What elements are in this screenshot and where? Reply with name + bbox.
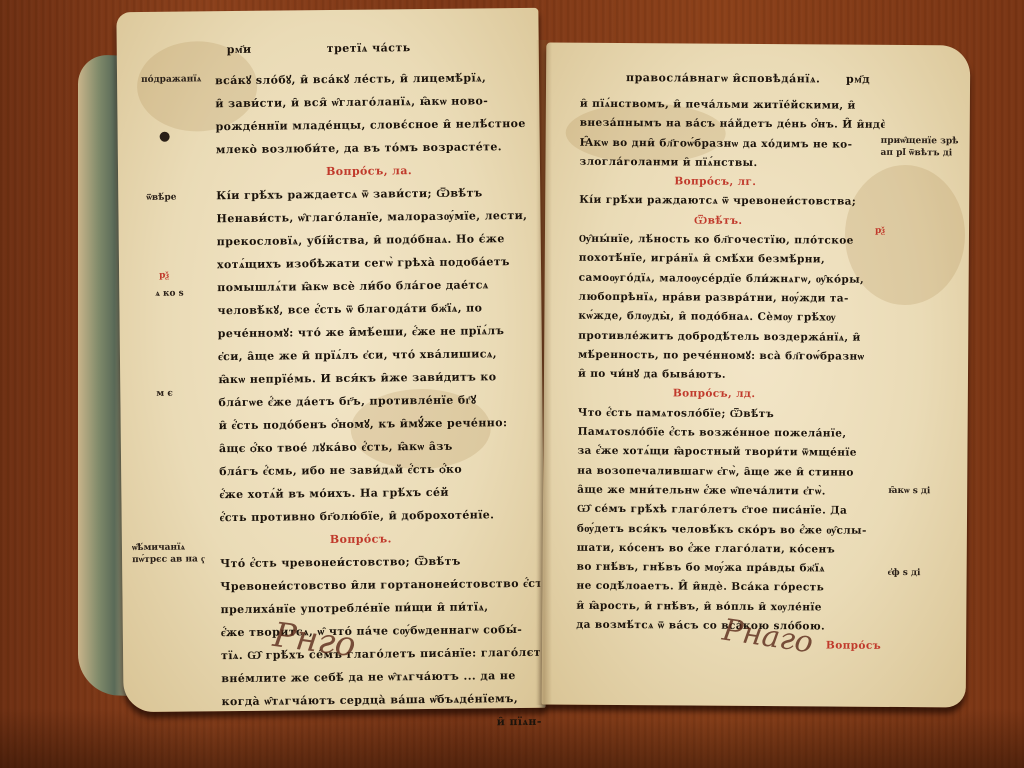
text-line: ꙗ̑кѡ непрїе́мь. И вся́къ и̑же зави́дитъ … xyxy=(218,365,538,391)
text-line: є҆си, а̑ще же и̑ прїѧ́лъ є҆си, что́ хва́… xyxy=(218,342,538,368)
section-heading-question: Вопро́съ, лг. xyxy=(579,172,884,193)
margin-note: ѡ̑ҍ́мичанїѧ пѡ́трєс ав на ҁ xyxy=(132,541,212,566)
text-line: Памѧтоѕло́бїе є҆́сть возже́нное пожела́н… xyxy=(578,423,883,444)
margin-note: приѡ̑щенїе зрѣ ап рӏ ѿвѣтъ ді xyxy=(881,135,961,160)
text-line: є҆́же творитсѧ, ѡ̑ что́ па́че сѹ́бѡденна… xyxy=(221,618,541,644)
text-line: Ненави́сть, ѡ̑глаго́ланїе, малоразѹ́мїе,… xyxy=(216,204,536,230)
margin-note: ꙗ̑кѡ ѕ ді xyxy=(888,485,930,497)
text-line: а̑щє ѻ҆́ко твое́ лꙋка́во є҆́сть, ꙗ̑кѡ а̑… xyxy=(219,434,539,460)
margin-note-red: рѯ xyxy=(159,270,169,282)
text-line: Кі́и грѣ́хъ раждаетсѧ ѿ зави́сти; Ѿвѣ́тъ xyxy=(216,181,536,207)
text-line: Чревонеи́стовство и̑ли гортанонеи́стовст… xyxy=(220,572,540,598)
margin-note: є҆ф ѕ ді xyxy=(888,567,921,579)
text-line: прелиха́нїе употребле́нїе пи́щи и̑ пи́тї… xyxy=(220,595,540,621)
margin-note: ѿвѣ́ре xyxy=(146,191,206,204)
text-line: млеко̀ возлюби́те, да въ то́мъ возрасте́… xyxy=(216,135,536,161)
text-line: бла́гѡе є҆́же да́етъ бг҃ъ, противле́нїе … xyxy=(218,388,538,414)
text-line: Ꙗ̑кѡ во дни̑ бл҃гоѡ́бразнѡ да хо́димъ не… xyxy=(580,133,885,154)
margin-note: по́дражанїѧ xyxy=(141,73,211,86)
margin-note: ѧ ко ѕ xyxy=(155,288,183,300)
left-folio-number: рм҃и xyxy=(227,43,252,56)
left-page: рм҃и третїѧ ча́сть по́дражанїѧ ѿвѣ́ре рѯ… xyxy=(116,8,545,712)
text-line: кѡ́жде, блѹды̀, и̑ подо́бнаѧ. Сѐмѹ грѣ́х… xyxy=(578,307,883,328)
left-page-text: вса́кꙋ ѕло́бꙋ, и̑ вса́кꙋ ле́сть, и̑ лице… xyxy=(215,66,542,736)
text-line: и̑ зави́сти, и̑ вся̑ ѡ̑глаго́ланїѧ, ꙗ̑кѡ… xyxy=(215,89,535,115)
text-line: похотѣ́нїе, игра́нїѧ и̑ смѣ́хи безмѣ́рни… xyxy=(579,249,884,270)
text-line: мѣ́ренность, по рече́нномꙋ: вса̀ бл҃гоѡ́… xyxy=(578,346,883,367)
text-line: є҆́сть противно бг҃олю́бїе, и̑ доброхоте… xyxy=(220,503,540,529)
text-line: и̑ пїѧн- xyxy=(222,710,542,736)
text-line: и̑ пїѧ́нствомъ, и̑ печа́льми житїе́йским… xyxy=(580,95,885,116)
text-line: Ѹ̑ны́нїе, лѣ́ность ко бл҃гочестїю, пло́т… xyxy=(579,230,884,251)
text-line: противле́житъ добродѣ́тель воздержа́нїѧ,… xyxy=(578,326,883,347)
text-line: бла́гъ є҆́смь, ибо не зави́дѧй є҆́сть ѻ҆… xyxy=(219,457,539,483)
right-folio-number: рм҃д xyxy=(846,73,870,86)
text-line: за є҆́же хотѧ́щи ꙗ̑ростный твори́ти ѿмще… xyxy=(577,442,882,463)
text-line: тїѧ. Ѡ̑ грѣ́хъ се́мъ глаго́летъ писа́нїе… xyxy=(221,641,541,667)
left-running-head: третїѧ ча́сть xyxy=(327,41,411,55)
text-line: вне́млите же себѣ́ да не ѡ̑тѧгча́ютъ ...… xyxy=(221,664,541,690)
book-gutter xyxy=(536,40,552,705)
text-line: не содѣ́лоаетъ. И̑ и̑ндѐ. Вса́ка го́рест… xyxy=(576,577,881,598)
text-line: любопрѣнїѧ, нра́ви развра́тни, нѹ́жди та… xyxy=(578,288,883,309)
text-line: Что́ є҆́сть чревонеи́стовство; Ѿвѣ́тъ xyxy=(220,549,540,575)
text-line: є҆́же хотѧ́й въ мо́ихъ. На грѣ́хъ се́й xyxy=(219,480,539,506)
text-line: а̑ще же мни́тельнѡ є҆́же ѡ̑печа́лити є҆г… xyxy=(577,481,882,502)
right-page: правосла́внагѡ и̑сповѣда́нїѧ. рм҃д приѡ̑… xyxy=(542,43,971,708)
right-running-head: правосла́внагѡ и̑сповѣда́нїѧ. xyxy=(626,71,820,85)
text-line: когда̀ ѡ̑тѧгча́ютъ сердца̀ ва́ша ѡ̑бъѧде… xyxy=(221,687,541,713)
section-heading-question: Вопро́съ, ла. xyxy=(216,158,536,184)
text-line: внеза́пнымъ на ва́съ на́йдетъ де́нь ѻ҆́н… xyxy=(580,114,885,135)
text-line: Кі́и грѣ́хи раждаютсѧ ѿ чревонеи́стовств… xyxy=(579,191,884,212)
section-heading-question: Вопро́съ. xyxy=(220,526,540,552)
text-line: и̑ по чи́нꙋ да быва́ютъ. xyxy=(578,365,883,386)
text-line: рече́нномꙋ: что́ же и̑мѣ́еши, є҆́же не п… xyxy=(218,319,538,345)
margin-note: м є xyxy=(156,388,173,400)
text-line: помышлѧ́ти ꙗ̑кѡ всѐ ли́бо бла́гое дае́тс… xyxy=(217,273,537,299)
text-line: злогла́голанми и̑ пїѧ́нствы. xyxy=(579,153,884,174)
text-line: самоѹго́дїѧ, малоѹсе́рдїе бли́жнѧгѡ, ѹ̑к… xyxy=(579,268,884,289)
section-heading-answer: Ѿвѣ́тъ. xyxy=(579,211,884,232)
ink-blot xyxy=(160,132,170,142)
text-line: прекословїѧ, убі́йства, и̑ подо́бнаѧ. Но… xyxy=(217,227,537,253)
text-line: вса́кꙋ ѕло́бꙋ, и̑ вса́кꙋ ле́сть, и̑ лице… xyxy=(215,66,535,92)
text-line: Что є҆́сть памѧтоѕло́бїе; Ѿвѣ́тъ xyxy=(578,404,883,425)
text-line: на возопечалившагѡ є҆гѡ̀, а̑ще же и̑ сти… xyxy=(577,461,882,482)
text-line: шати, ко́сенъ во є҆́же глаго́лати, ко́се… xyxy=(577,539,882,560)
right-page-text: и̑ пїѧ́нствомъ, и̑ печа́льми житїе́йским… xyxy=(576,95,885,657)
text-line: бѹ́детъ вся́къ человѣ́къ ско́ръ во є҆́же… xyxy=(577,519,882,540)
text-line: Ѡ̑ се́мъ грѣ́хѣ глаго́летъ с҃тое писа́нї… xyxy=(577,500,882,521)
text-line: рожде́ннїи младе́нцы, словє́сное и̑ нелѣ… xyxy=(215,112,535,138)
text-line: во гнѣ́въ, гнѣ́въ бо мѹ́жа пра́вды бж҃їѧ xyxy=(577,558,882,579)
text-line: хотѧ́щихъ изоб́ѣжати сегѡ̀ грѣха̀ подоба… xyxy=(217,250,537,276)
section-heading-question: Вопро́съ, лд. xyxy=(578,384,883,405)
text-line: человѣ́кꙋ, все є҆́сть ѿ благода́ти бж҃їѧ… xyxy=(217,296,537,322)
text-line: и̑ є҆́сть подо́бенъ ѻ҆́номꙋ, къ и̑мꙋ́же … xyxy=(219,411,539,437)
